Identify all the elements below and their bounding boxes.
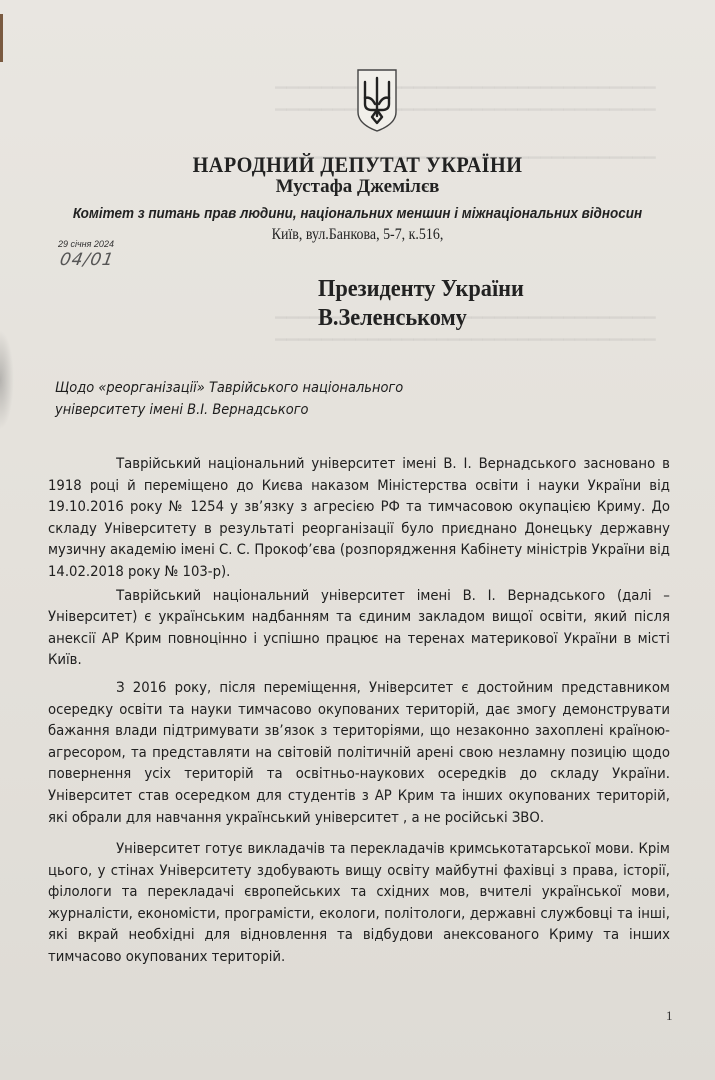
sender-title: НАРОДНИЙ ДЕПУТАТ УКРАЇНИ	[29, 152, 687, 178]
subject-line: університету імені В.І. Вернадського	[55, 399, 403, 421]
letter-subject: Щодо «реорганізації» Таврійського націон…	[55, 377, 403, 421]
bleed-through-line: ▁▁▁▁▁▁▁▁▁▁▁▁▁▁▁▁▁▁▁▁▁▁▁▁▁▁▁▁▁▁▁▁▁	[275, 92, 695, 114]
letter-body: Таврійський національний університет іме…	[48, 454, 670, 969]
page-number: 1	[666, 1008, 673, 1024]
addressee-line: В.Зеленському	[318, 304, 524, 333]
bleed-through-line: ▁▁▁▁▁▁▁▁▁▁▁▁▁▁▁▁▁▁▁▁▁▁▁▁▁▁▁▁▁▁▁▁▁	[275, 70, 695, 92]
trident-icon	[355, 68, 399, 133]
subject-line: Щодо «реорганізації» Таврійського націон…	[55, 377, 403, 399]
page-edge-shadow	[0, 330, 14, 430]
body-paragraph: З 2016 року, після переміщення, Універси…	[48, 678, 670, 829]
committee-name: Комітет з питань прав людини, національн…	[25, 206, 690, 222]
registration-number: 04/01	[58, 250, 116, 270]
page-edge-tab	[0, 14, 3, 62]
letter-date: 29 січня 2024	[58, 239, 114, 249]
sender-name: Мустафа Джемілєв	[0, 176, 715, 198]
addressee-line: Президенту України	[318, 275, 524, 304]
body-paragraph: Таврійський національний університет іме…	[48, 454, 670, 584]
body-paragraph: Університет готує викладачів та переклад…	[48, 839, 670, 969]
addressee: Президенту України В.Зеленському	[318, 275, 524, 333]
document-page: ▁▁▁▁▁▁▁▁▁▁▁▁▁▁▁▁▁▁▁▁▁▁▁▁▁▁▁▁▁▁▁▁▁ ▁▁▁▁▁▁…	[0, 0, 715, 1080]
body-paragraph: Таврійський національний університет іме…	[48, 586, 670, 672]
sender-address: Київ, вул.Банкова, 5-7, к.516,	[36, 226, 680, 244]
